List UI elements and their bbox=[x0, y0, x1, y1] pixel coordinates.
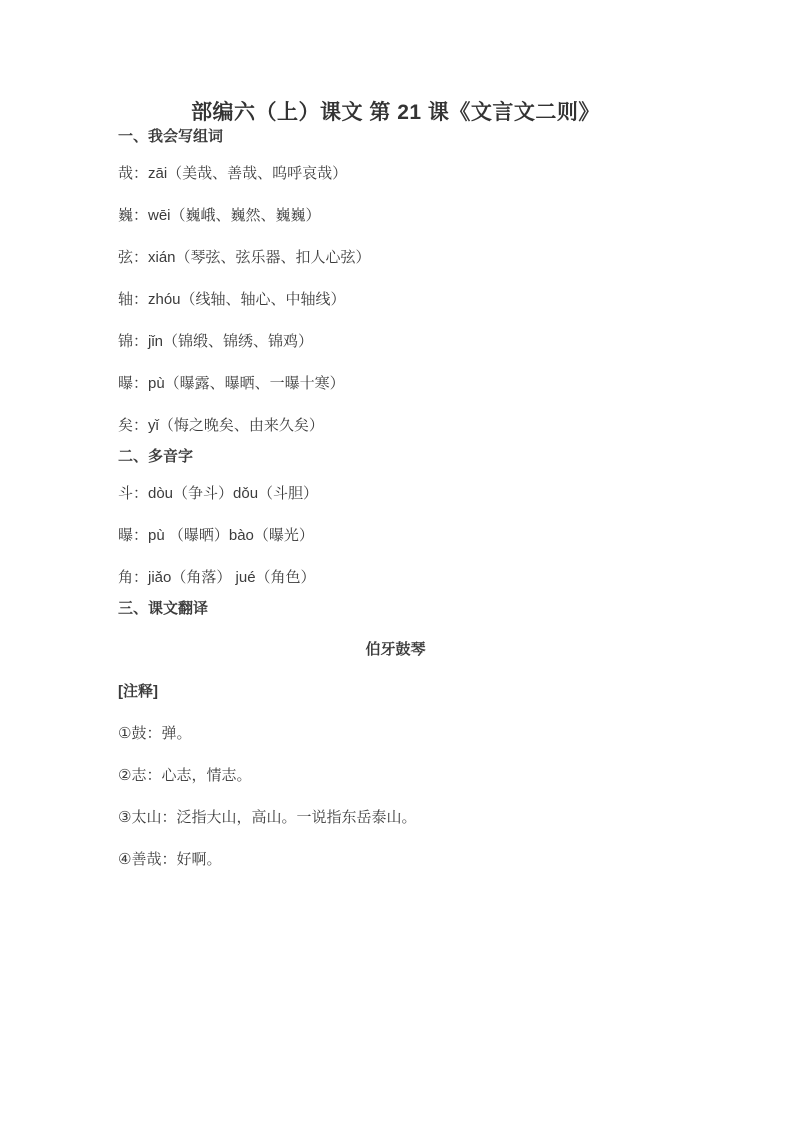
note-item: ③太山：泛指大山，高山。一说指东岳泰山。 bbox=[118, 797, 673, 839]
section-heading-word-formation: 一、我会写组词 bbox=[118, 127, 673, 147]
section-heading-text-translation: 三、课文翻译 bbox=[118, 599, 673, 619]
page-title: 部编六（上）课文 第 21 课《文言文二则》 bbox=[118, 99, 673, 127]
section-heading-polyphonic-characters: 二、多音字 bbox=[118, 447, 673, 467]
word-entry: 弦：xián（琴弦、弦乐器、扣人心弦） bbox=[118, 237, 673, 279]
polyphonic-entry: 角：jiǎo（角落） jué（角色） bbox=[118, 557, 673, 599]
note-item: ①鼓：弹。 bbox=[118, 713, 673, 755]
document-page: 部编六（上）课文 第 21 课《文言文二则》 一、我会写组词 哉：zāi（美哉、… bbox=[0, 0, 793, 1122]
word-formation-list: 哉：zāi（美哉、善哉、呜呼哀哉） 巍：wēi（巍峨、巍然、巍巍） 弦：xián… bbox=[118, 153, 673, 447]
word-entry: 曝：pù（曝露、曝晒、一曝十寒） bbox=[118, 363, 673, 405]
polyphonic-list: 斗：dòu（争斗）dǒu（斗胆） 曝：pù （曝晒）bào（曝光） 角：jiǎo… bbox=[118, 473, 673, 599]
word-entry: 轴：zhóu（线轴、轴心、中轴线） bbox=[118, 279, 673, 321]
notes-list: ①鼓：弹。 ②志：心志，情志。 ③太山：泛指大山，高山。一说指东岳泰山。 ④善哉… bbox=[118, 713, 673, 881]
polyphonic-entry: 斗：dòu（争斗）dǒu（斗胆） bbox=[118, 473, 673, 515]
word-entry: 哉：zāi（美哉、善哉、呜呼哀哉） bbox=[118, 153, 673, 195]
word-entry: 矣：yǐ（悔之晚矣、由来久矣） bbox=[118, 405, 673, 447]
word-entry: 巍：wēi（巍峨、巍然、巍巍） bbox=[118, 195, 673, 237]
polyphonic-entry: 曝：pù （曝晒）bào（曝光） bbox=[118, 515, 673, 557]
lesson-subtitle: 伯牙鼓琴 bbox=[118, 629, 673, 671]
note-item: ④善哉：好啊。 bbox=[118, 839, 673, 881]
note-item: ②志：心志，情志。 bbox=[118, 755, 673, 797]
word-entry: 锦：jǐn（锦缎、锦绣、锦鸡） bbox=[118, 321, 673, 363]
notes-label: [注释] bbox=[118, 671, 673, 713]
